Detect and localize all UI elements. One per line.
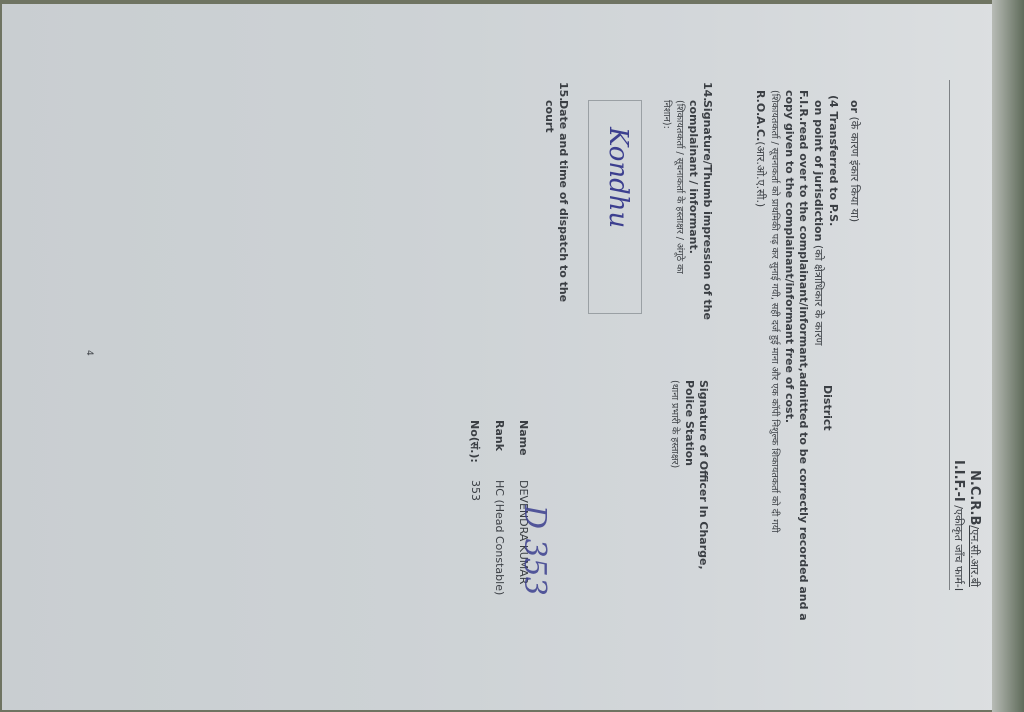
header-rule: [949, 80, 950, 590]
officer-no-value: 353: [469, 480, 482, 501]
form-title-hi: /एकीकृत जाँच फार्म-I: [952, 502, 965, 591]
form-title: I.I.F.-I /एकीकृत जाँच फार्म-I: [951, 460, 966, 591]
transferred-label: (4 Transferred to P.S.: [827, 95, 840, 226]
item-14-number: 14.: [701, 82, 714, 102]
officer-rank-label: Rank: [493, 420, 506, 451]
officer-no-label: No(सं.):: [467, 420, 482, 463]
complainant-signature: Kondhu: [603, 127, 633, 228]
jurisdiction-en: on point of jurisdiction: [812, 100, 825, 241]
item-14-label-2: complainant / informant.: [687, 100, 700, 254]
item-15-label-1: Date and time of dispatch to the: [557, 100, 570, 302]
jurisdiction-line: on point of jurisdiction (को क्षेत्राधिक…: [811, 100, 826, 345]
officer-rank-value: HC (Head Constable): [493, 480, 506, 595]
officer-title-2: Police Station: [683, 380, 696, 466]
district-label: District: [821, 385, 834, 431]
officer-name-label: Name: [517, 420, 530, 456]
item-15-label-2: court: [543, 100, 556, 133]
refusal-en: or: [848, 100, 861, 113]
refusal-line: or (के कारण इंकार किया या): [847, 100, 862, 222]
officer-title-hi: (थाना प्रभारी के हस्ताक्षर): [669, 380, 682, 468]
rotated-form-content: N.C.R.B/एन.सी.आर.बी I.I.F.-I /एकीकृत जाँ…: [0, 0, 1000, 712]
roac-line: R.O.A.C.(आर.ओ.ए.सी.): [753, 90, 768, 207]
officer-title-1: Signature of Officer In Charge,: [697, 380, 710, 570]
page-number: 4: [84, 350, 94, 356]
fir-read-hindi: (शिकायतकर्ता / सूचनाकर्ता को प्राथमिकी प…: [769, 90, 782, 533]
form-title-en: I.I.F.-I: [951, 460, 966, 502]
item-14-label-1: Signature/Thumb impression of the: [701, 100, 714, 320]
fir-read-line-1: F.I.R.read over to the complainant/infor…: [797, 90, 810, 621]
fir-read-line-2: copy given to the complainant/informant …: [783, 90, 796, 423]
form-code-en: N.C.R.B: [967, 470, 982, 525]
item-15-number: 15.: [557, 82, 570, 102]
refusal-hi: (के कारण इंकार किया या): [848, 113, 861, 222]
form-code: N.C.R.B/एन.सी.आर.बी: [967, 470, 982, 587]
form-code-hi: /एन.सी.आर.बी: [968, 525, 981, 587]
roac-hi: (आर.ओ.ए.सी.): [754, 141, 767, 207]
jurisdiction-hi: (को क्षेत्राधिकार के कारण: [812, 241, 825, 345]
officer-signature: D 353: [517, 505, 552, 596]
item-14-label-hi-2: निशान):: [661, 100, 674, 129]
complainant-signature-box: Kondhu: [588, 100, 642, 314]
roac-en: R.O.A.C.: [754, 90, 767, 141]
item-14-label-hi-1: (शिकायतकर्ता / सूचनाकर्ता के हस्ताक्षर /…: [674, 100, 687, 274]
